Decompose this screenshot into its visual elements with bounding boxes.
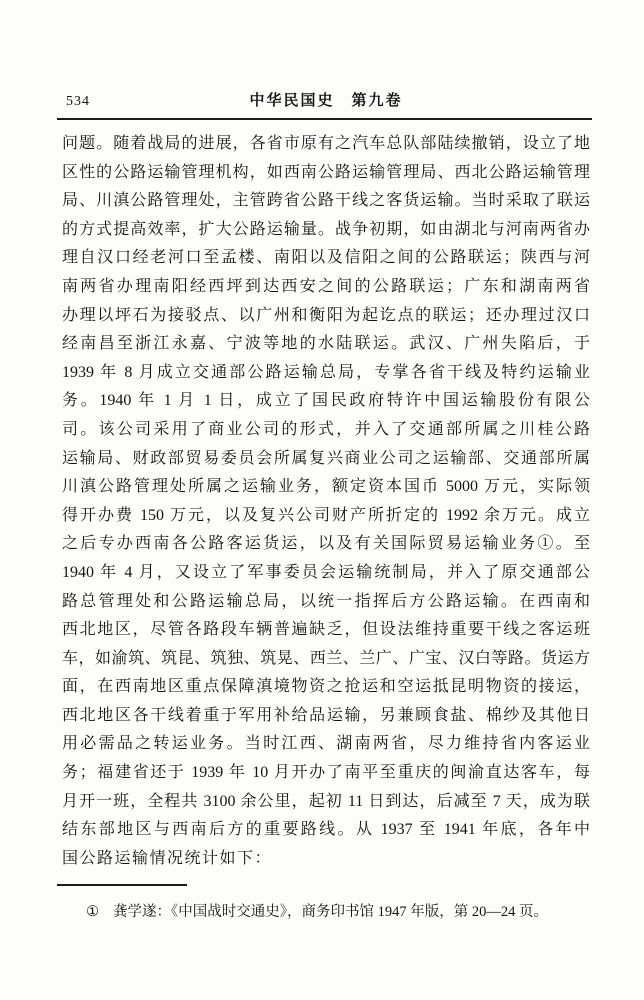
book-page: 534 中华民国史 第九卷 问题。随着战局的进展，各省市原有之汽车总队部陆续撤销…	[0, 0, 644, 1000]
text-line: 西北地区各干线着重于军用补给品运输，另兼顾食盐、棉纱及其他日	[62, 702, 590, 731]
text-line: 办理以坪石为接驳点、以广州和衡阳为起讫点的联运；还办理过汉口	[62, 302, 590, 331]
text-line: 川滇公路管理处所属之运输业务，额定资本国币 5000 万元，实际领	[62, 473, 590, 502]
text-line: 得开办费 150 万元，以及复兴公司财产所折定的 1992 余万元。成立	[62, 502, 590, 531]
text-line: 务。1940 年 1 月 1 日，成立了国民政府特许中国运输股份有限公	[62, 387, 590, 416]
text-line: 路总管理处和公路运输总局，以统一指挥后方公路运输。在西南和	[62, 588, 590, 617]
text-line: 之后专办西南各公路客运货运，以及有关国际贸易运输业务①。至	[62, 530, 590, 559]
text-line: 问题。随着战局的进展，各省市原有之汽车总队部陆续撤销，设立了地	[62, 130, 590, 159]
text-line: 1939 年 8 月成立交通部公路运输总局，专掌各省干线及特约运输业	[62, 359, 590, 388]
footnote-marker: ①	[86, 901, 99, 923]
text-line: 运输局、财政部贸易委员会所属复兴商业公司之运输部、交通部所属	[62, 445, 590, 474]
text-line: 南两省办理南阳经西坪到达西安之间的公路联运；广东和湖南两省	[62, 273, 590, 302]
text-line: 务；福建省还于 1939 年 10 月开办了南平至重庆的闽渝直达客车，每	[62, 759, 590, 788]
text-line: 局、川滇公路管理处，主管跨省公路干线之客货运输。当时采取了联运	[62, 187, 590, 216]
text-line: 的方式提高效率，扩大公路运输量。战争初期，如由湖北与河南两省办	[62, 216, 590, 245]
page-number: 534	[66, 93, 90, 111]
text-line: 车，如渝筑、筑昆、筑独、筑晃、西兰、兰广、广宝、汉白等路。货运方	[62, 645, 590, 674]
body-text: 问题。随着战局的进展，各省市原有之汽车总队部陆续撤销，设立了地区性的公路运输管理…	[62, 130, 590, 873]
footnote-divider	[57, 884, 187, 886]
text-line: 面，在西南地区重点保障滇境物资之抢运和空运抵昆明物资的接运，	[62, 673, 590, 702]
header-rule	[57, 118, 592, 120]
text-line: 1940 年 4 月，又设立了军事委员会运输统制局，并入了原交通部公	[62, 559, 590, 588]
text-line: 经南昌至浙江永嘉、宁波等地的水陆联运。武汉、广州失陷后，于	[62, 330, 590, 359]
text-line: 用必需品之转运业务。当时江西、湖南两省，尽力维持省内客运业	[62, 730, 590, 759]
text-line: 西北地区，尽管各路段车辆普遍缺乏，但设法维持重要干线之客运班	[62, 616, 590, 645]
text-line: 国公路运输情况统计如下：	[62, 845, 590, 874]
page-header: 534 中华民国史 第九卷	[62, 92, 590, 110]
text-line: 理自汉口经老河口至孟楼、南阳以及信阳之间的公路联运；陕西与河	[62, 244, 590, 273]
text-line: 区性的公路运输管理机构，如西南公路运输管理局、西北公路运输管理	[62, 159, 590, 188]
running-title: 中华民国史 第九卷	[62, 92, 590, 110]
footnote-text: 龚学遂：《中国战时交通史》，商务印书馆 1947 年版，第 20—24 页。	[113, 901, 590, 923]
text-line: 月开一班，全程共 3100 余公里，起初 11 日到达，后减至 7 天，成为联	[62, 788, 590, 817]
footnote: ① 龚学遂：《中国战时交通史》，商务印书馆 1947 年版，第 20—24 页。	[62, 901, 590, 923]
text-line: 结东部地区与西南后方的重要路线。从 1937 至 1941 年底，各年中	[62, 816, 590, 845]
text-line: 司。该公司采用了商业公司的形式，并入了交通部所属之川桂公路	[62, 416, 590, 445]
